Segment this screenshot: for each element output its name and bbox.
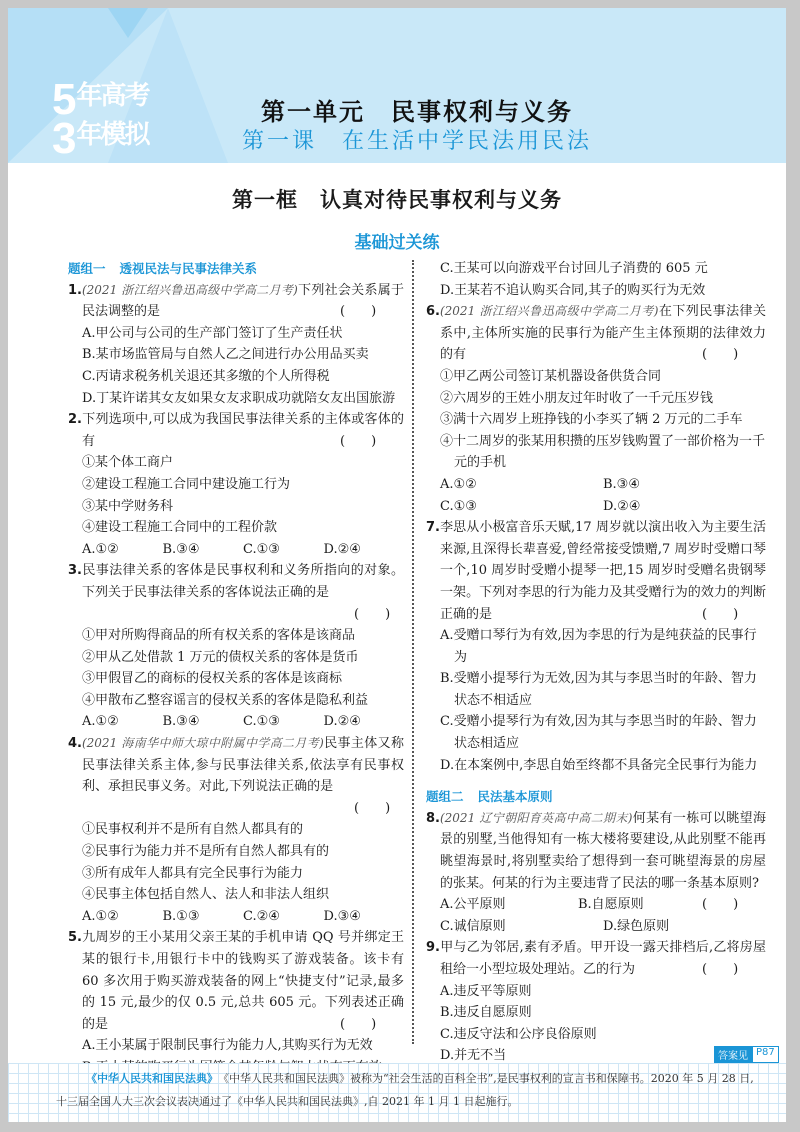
answer-blank[interactable]: ( )	[716, 894, 766, 916]
question-source: (2021 海南华中师大琼中附属中学高二月考)	[82, 736, 324, 750]
statement: ④十二周岁的张某用积攒的压岁钱购置了一部价格为一千元的手机	[426, 431, 766, 474]
options-row: A.公平原则 B.自愿原则	[426, 894, 716, 916]
group-title: 透视民法与民事法律关系	[120, 261, 258, 276]
question-3: 3.民事法律关系的客体是民事权利和义务所指向的对象。下列关于民事法律关系的客体说…	[68, 560, 404, 733]
statement: ④建设工程施工合同中的工程价款	[68, 517, 404, 539]
question-stem: 2.下列选项中,可以成为我国民事法律关系的主体或客体的有( )	[68, 409, 404, 452]
question-number: 2.	[68, 412, 82, 427]
option: B.违反自愿原则	[426, 1002, 766, 1024]
options-row: C.诚信原则 D.绿色原则	[426, 916, 766, 938]
option: B.某市场监管局与自然人乙之间进行办公用品买卖	[68, 344, 404, 366]
question-4: 4.(2021 海南华中师大琼中附属中学高二月考)民事主体又称民事法律关系主体,…	[68, 733, 404, 927]
left-column: 题组一透视民法与民事法律关系 1.(2021 浙江绍兴鲁迅高级中学高二月考)下列…	[68, 258, 404, 1079]
statement: ②建设工程施工合同中建设施工行为	[68, 474, 404, 496]
statement: ②民事行为能力并不是所有自然人都具有的	[68, 841, 404, 863]
option: A.王小某属于限制民事行为能力人,其购买行为无效	[68, 1035, 404, 1057]
statement: ④甲散布乙整容谣言的侵权关系的客体是隐私利益	[68, 690, 404, 712]
statement: ③所有成年人都具有完全民事行为能力	[68, 863, 404, 885]
question-number: 9.	[426, 940, 440, 955]
question-number: 6.	[426, 304, 440, 319]
option: D.②④	[324, 711, 405, 733]
question-source: (2021 浙江绍兴鲁迅高级中学高二月考)	[440, 304, 658, 318]
question-text: 民事法律关系的客体是民事权利和义务所指向的对象。下列关于民事法律关系的客体说法正…	[82, 563, 404, 600]
question-stem: 3.民事法律关系的客体是民事权利和义务所指向的对象。下列关于民事法律关系的客体说…	[68, 560, 404, 603]
option: A.公平原则	[440, 894, 578, 916]
answer-blank[interactable]: ( )	[354, 301, 404, 323]
options-row: A.①② B.①③ C.②④ D.③④	[68, 906, 404, 928]
column-divider	[412, 260, 414, 1044]
answer-blank[interactable]: ( )	[354, 604, 404, 626]
question-stem: 7.李思从小极富音乐天赋,17 周岁就以演出收入为主要生活来源,且深得长辈喜爱,…	[426, 517, 766, 625]
group-label: 题组一	[68, 261, 106, 276]
footer-note: 《中华人民共和国民法典》 《中华人民共和国民法典》被称为“社会生活的百科全书”,…	[56, 1067, 756, 1113]
question-source: (2021 辽宁朝阳育英高中高二期末)	[440, 811, 632, 825]
answer-blank-row: ( )	[68, 798, 404, 820]
answer-label: 答案见	[714, 1046, 752, 1063]
statement: ③某中学财务科	[68, 496, 404, 518]
option: A.①②	[440, 474, 603, 496]
statement: ③满十六周岁上班挣钱的小李买了辆 2 万元的二手车	[426, 409, 766, 431]
question-stem: 4.(2021 海南华中师大琼中附属中学高二月考)民事主体又称民事法律关系主体,…	[68, 733, 404, 798]
option: B.③④	[163, 711, 244, 733]
footer-highlight: 《中华人民共和国民法典》	[86, 1072, 213, 1085]
statement: ①民事权利并不是所有自然人都具有的	[68, 819, 404, 841]
question-7: 7.李思从小极富音乐天赋,17 周岁就以演出收入为主要生活来源,且深得长辈喜爱,…	[426, 517, 766, 776]
question-1: 1.(2021 浙江绍兴鲁迅高级中学高二月考)下列社会关系属于民法调整的是( )…	[68, 280, 404, 410]
option: C.①③	[243, 711, 324, 733]
question-number: 1.	[68, 283, 82, 298]
option: D.王某若不追认购买合同,其子的购买行为无效	[426, 280, 766, 302]
question-6: 6.(2021 浙江绍兴鲁迅高级中学高二月考)在下列民事法律关系中,主体所实施的…	[426, 301, 766, 517]
option: D.②④	[603, 496, 766, 518]
statement: ①甲乙两公司签订某机器设备供货合同	[426, 366, 766, 388]
section-title: 第一框 认真对待民事权利与义务	[8, 184, 786, 214]
answer-blank[interactable]: ( )	[716, 344, 766, 366]
option: B.③④	[163, 539, 244, 561]
answer-blank[interactable]: ( )	[354, 798, 404, 820]
group-label: 题组二	[426, 789, 464, 804]
question-number: 8.	[426, 811, 440, 826]
option: A.违反平等原则	[426, 981, 766, 1003]
statement: ①某个体工商户	[68, 452, 404, 474]
option: C.受赠小提琴行为有效,因为其与李思当时的年龄、智力状态相适应	[426, 711, 766, 754]
question-5: 5.九周岁的王小某用父亲王某的手机申请 QQ 号并绑定王某的银行卡,用银行卡中的…	[68, 927, 404, 1078]
option: C.①③	[440, 496, 603, 518]
option: D.③④	[324, 906, 405, 928]
option: C.诚信原则	[440, 916, 603, 938]
group-heading: 题组一透视民法与民事法律关系	[68, 258, 404, 280]
options-row: A.①② B.③④ C.①③ D.②④	[68, 539, 404, 561]
option: A.甲公司与公司的生产部门签订了生产责任状	[68, 323, 404, 345]
option: D.在本案例中,李思自始至终都不具备完全民事行为能力	[426, 755, 766, 777]
option: A.受赠口琴行为有效,因为李思的行为是纯获益的民事行为	[426, 625, 766, 668]
question-source: (2021 浙江绍兴鲁迅高级中学高二月考)	[82, 283, 298, 297]
statement: ②甲从乙处借款 1 万元的债权关系的客体是货币	[68, 647, 404, 669]
answer-blank[interactable]: ( )	[716, 604, 766, 626]
question-stem: 9.甲与乙为邻居,素有矛盾。甲开设一露天排档后,乙将房屋租给一小型垃圾处理站。乙…	[426, 937, 766, 980]
statement: ①甲对所购得商品的所有权关系的客体是该商品	[68, 625, 404, 647]
option: B.①③	[163, 906, 244, 928]
question-number: 4.	[68, 736, 82, 751]
options-row: A.①② B.③④	[426, 474, 766, 496]
lesson-title: 第一课 在生活中学民法用民法	[8, 124, 786, 155]
option: C.违反守法和公序良俗原则	[426, 1024, 766, 1046]
question-stem: 6.(2021 浙江绍兴鲁迅高级中学高二月考)在下列民事法律关系中,主体所实施的…	[426, 301, 766, 366]
answer-blank-row: ( )	[68, 604, 404, 626]
statement: ④民事主体包括自然人、法人和非法人组织	[68, 884, 404, 906]
question-number: 5.	[68, 930, 82, 945]
option: B.③④	[603, 474, 766, 496]
option: C.①③	[243, 539, 324, 561]
answer-blank[interactable]: ( )	[354, 431, 404, 453]
option: D.绿色原则	[603, 916, 766, 938]
option: D.丁某许诺其女友如果女友求职成功就陪女友出国旅游	[68, 388, 404, 410]
option: C.丙请求税务机关退还其多缴的个人所得税	[68, 366, 404, 388]
decorative-triangle	[108, 8, 148, 38]
question-number: 7.	[426, 520, 440, 535]
option: A.①②	[82, 906, 163, 928]
option: C.②④	[243, 906, 324, 928]
option: B.受赠小提琴行为无效,因为其与李思当时的年龄、智力状态不相适应	[426, 668, 766, 711]
answer-blank[interactable]: ( )	[354, 1014, 404, 1036]
question-number: 3.	[68, 563, 82, 578]
statement: ②六周岁的王姓小朋友过年时收了一千元压岁钱	[426, 388, 766, 410]
option: B.自愿原则	[578, 894, 716, 916]
option: D.②④	[324, 539, 405, 561]
chapter-header-banner: 5年高考 3年模拟 第一单元 民事权利与义务 第一课 在生活中学民法用民法	[8, 8, 786, 163]
question-stem: 1.(2021 浙江绍兴鲁迅高级中学高二月考)下列社会关系属于民法调整的是( )	[68, 280, 404, 323]
question-8: 8.(2021 辽宁朝阳育英高中高二期末)何某有一栋可以眺望海景的别墅,当他得知…	[426, 808, 766, 938]
question-2: 2.下列选项中,可以成为我国民事法律关系的主体或客体的有( ) ①某个体工商户 …	[68, 409, 404, 560]
option: A.①②	[82, 539, 163, 561]
group-heading: 题组二民法基本原则	[426, 786, 766, 808]
statement: ③甲假冒乙的商标的侵权关系的客体是该商标	[68, 668, 404, 690]
question-stem: 5.九周岁的王小某用父亲王某的手机申请 QQ 号并绑定王某的银行卡,用银行卡中的…	[68, 927, 404, 1035]
question-stem: 8.(2021 辽宁朝阳育英高中高二期末)何某有一栋可以眺望海景的别墅,当他得知…	[426, 808, 766, 894]
practice-title: 基础过关练	[8, 228, 786, 253]
answer-page: P87	[752, 1046, 779, 1063]
page: 5年高考 3年模拟 第一单元 民事权利与义务 第一课 在生活中学民法用民法 第一…	[8, 8, 786, 1122]
answer-reference[interactable]: 答案见P87	[714, 1046, 779, 1063]
answer-blank[interactable]: ( )	[716, 959, 766, 981]
option: C.王某可以向游戏平台讨回儿子消费的 605 元	[426, 258, 766, 280]
unit-title: 第一单元 民事权利与义务	[8, 92, 786, 127]
group-title: 民法基本原则	[478, 789, 553, 804]
right-column: C.王某可以向游戏平台讨回儿子消费的 605 元 D.王某若不追认购买合同,其子…	[426, 258, 766, 1067]
options-row: A.①② B.③④ C.①③ D.②④	[68, 711, 404, 733]
options-row: C.①③ D.②④	[426, 496, 766, 518]
option: A.①②	[82, 711, 163, 733]
